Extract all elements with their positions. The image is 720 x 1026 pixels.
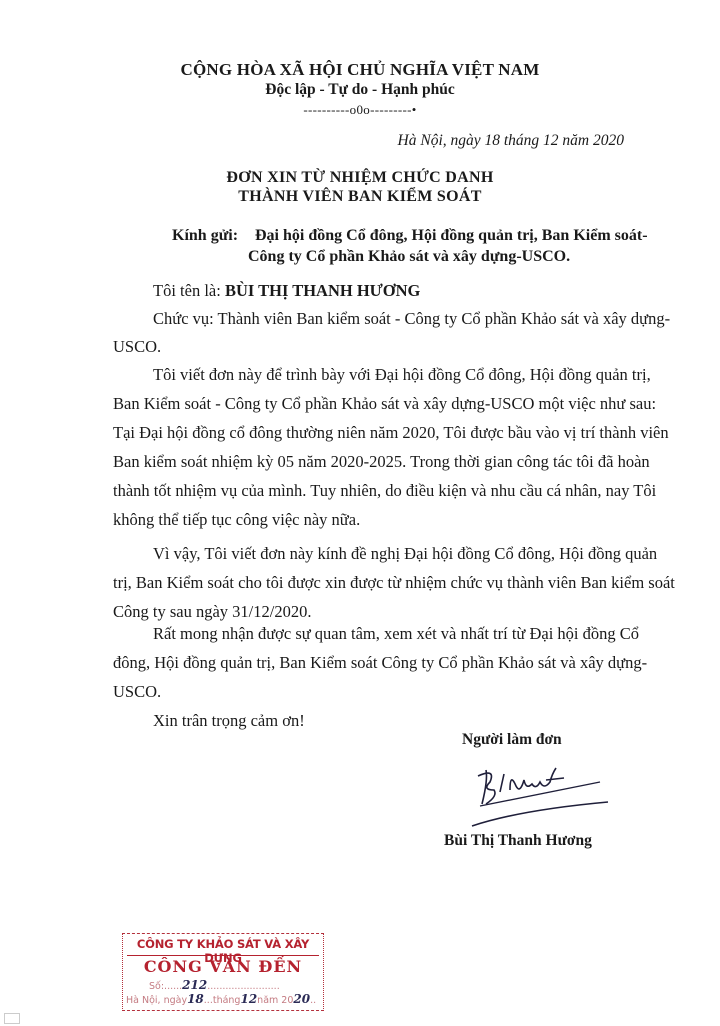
date-line: Hà Nội, ngày 18 tháng 12 năm 2020: [0, 132, 624, 150]
stamp-number-value: 212: [182, 978, 207, 992]
recipient-label: Kính gửi:: [172, 227, 255, 245]
received-stamp: CÔNG TY KHẢO SÁT VÀ XÂY DỰNG CÔNG VĂN ĐẾ…: [122, 933, 324, 1011]
stamp-date-end: ..: [310, 995, 316, 1006]
stamp-date-month: 12: [240, 992, 257, 1006]
stamp-date-line: Hà Nội, ngày18...tháng12năm 2020..: [126, 992, 316, 1006]
scanner-logo-icon: [4, 1013, 20, 1024]
signature-image: [460, 760, 610, 830]
position-line2: USCO.: [113, 337, 161, 357]
document-title-line2: THÀNH VIÊN BAN KIỂM SOÁT: [0, 188, 720, 206]
document-title-line1: ĐƠN XIN TỪ NHIỆM CHỨC DANH: [0, 169, 720, 187]
name-line: Tôi tên là: BÙI THỊ THANH HƯƠNG: [153, 281, 420, 301]
recipient-line2: Công ty Cổ phần Khảo sát và xây dựng-USC…: [248, 248, 570, 266]
signer-name: Bùi Thị Thanh Hương: [444, 832, 592, 850]
para1-line: Tôi viết đơn này để trình bày với Đại hộ…: [153, 365, 651, 385]
name-label: Tôi tên là:: [153, 281, 225, 300]
recipient-line1: Kính gửi:Đại hội đồng Cổ đông, Hội đồng …: [172, 227, 648, 245]
para1-line: Tại Đại hội đồng cổ đông thường niên năm…: [113, 423, 669, 443]
para2-line: trị, Ban Kiểm soát cho tôi được xin được…: [113, 573, 675, 593]
closing-line: Xin trân trọng cảm ơn!: [153, 711, 305, 731]
header-divider: ----------o0o---------•: [0, 102, 720, 118]
stamp-rule: [127, 955, 319, 956]
nation-header: CỘNG HÒA XÃ HỘI CHỦ NGHĨA VIỆT NAM: [0, 60, 720, 80]
stamp-date-suffix: năm 20: [257, 995, 293, 1006]
para3-line: USCO.: [113, 682, 161, 702]
para3-line: đông, Hội đồng quản trị, Ban Kiểm soát C…: [113, 653, 647, 673]
para1-line: Ban kiểm soát nhiệm kỳ 05 năm 2020-2025.…: [113, 452, 650, 472]
para1-line: Ban Kiểm soát - Công ty Cổ phần Khảo sát…: [113, 394, 656, 414]
stamp-date-year: 20: [293, 992, 310, 1006]
para1-line: thành tốt nhiệm vụ của mình. Tuy nhiên, …: [113, 481, 656, 501]
stamp-date-prefix: Hà Nội, ngày: [126, 995, 187, 1006]
stamp-title: CÔNG VĂN ĐẾN: [123, 957, 323, 976]
recipient-text-1: Đại hội đồng Cổ đông, Hội đồng quản trị,…: [255, 227, 648, 244]
stamp-date-mid: ...tháng: [204, 995, 241, 1006]
applicant-name: BÙI THỊ THANH HƯƠNG: [225, 281, 420, 300]
stamp-number-line: Số:......212........................: [149, 978, 280, 992]
para1-line: không thể tiếp tục công việc này nữa.: [113, 510, 360, 530]
motto: Độc lập - Tự do - Hạnh phúc: [0, 81, 720, 99]
scanner-watermark: [4, 1013, 24, 1024]
stamp-date-day: 18: [187, 992, 204, 1006]
para2-line: Công ty sau ngày 31/12/2020.: [113, 602, 311, 622]
position-line1: Chức vụ: Thành viên Ban kiểm soát - Công…: [153, 309, 670, 329]
para2-line: Vì vậy, Tôi viết đơn này kính đề nghị Đạ…: [153, 544, 657, 564]
para3-line: Rất mong nhận được sự quan tâm, xem xét …: [153, 624, 639, 644]
stamp-number-label: Số:......: [149, 981, 182, 992]
stamp-number-tail: ........................: [207, 981, 279, 992]
signature-label: Người làm đơn: [462, 731, 562, 749]
